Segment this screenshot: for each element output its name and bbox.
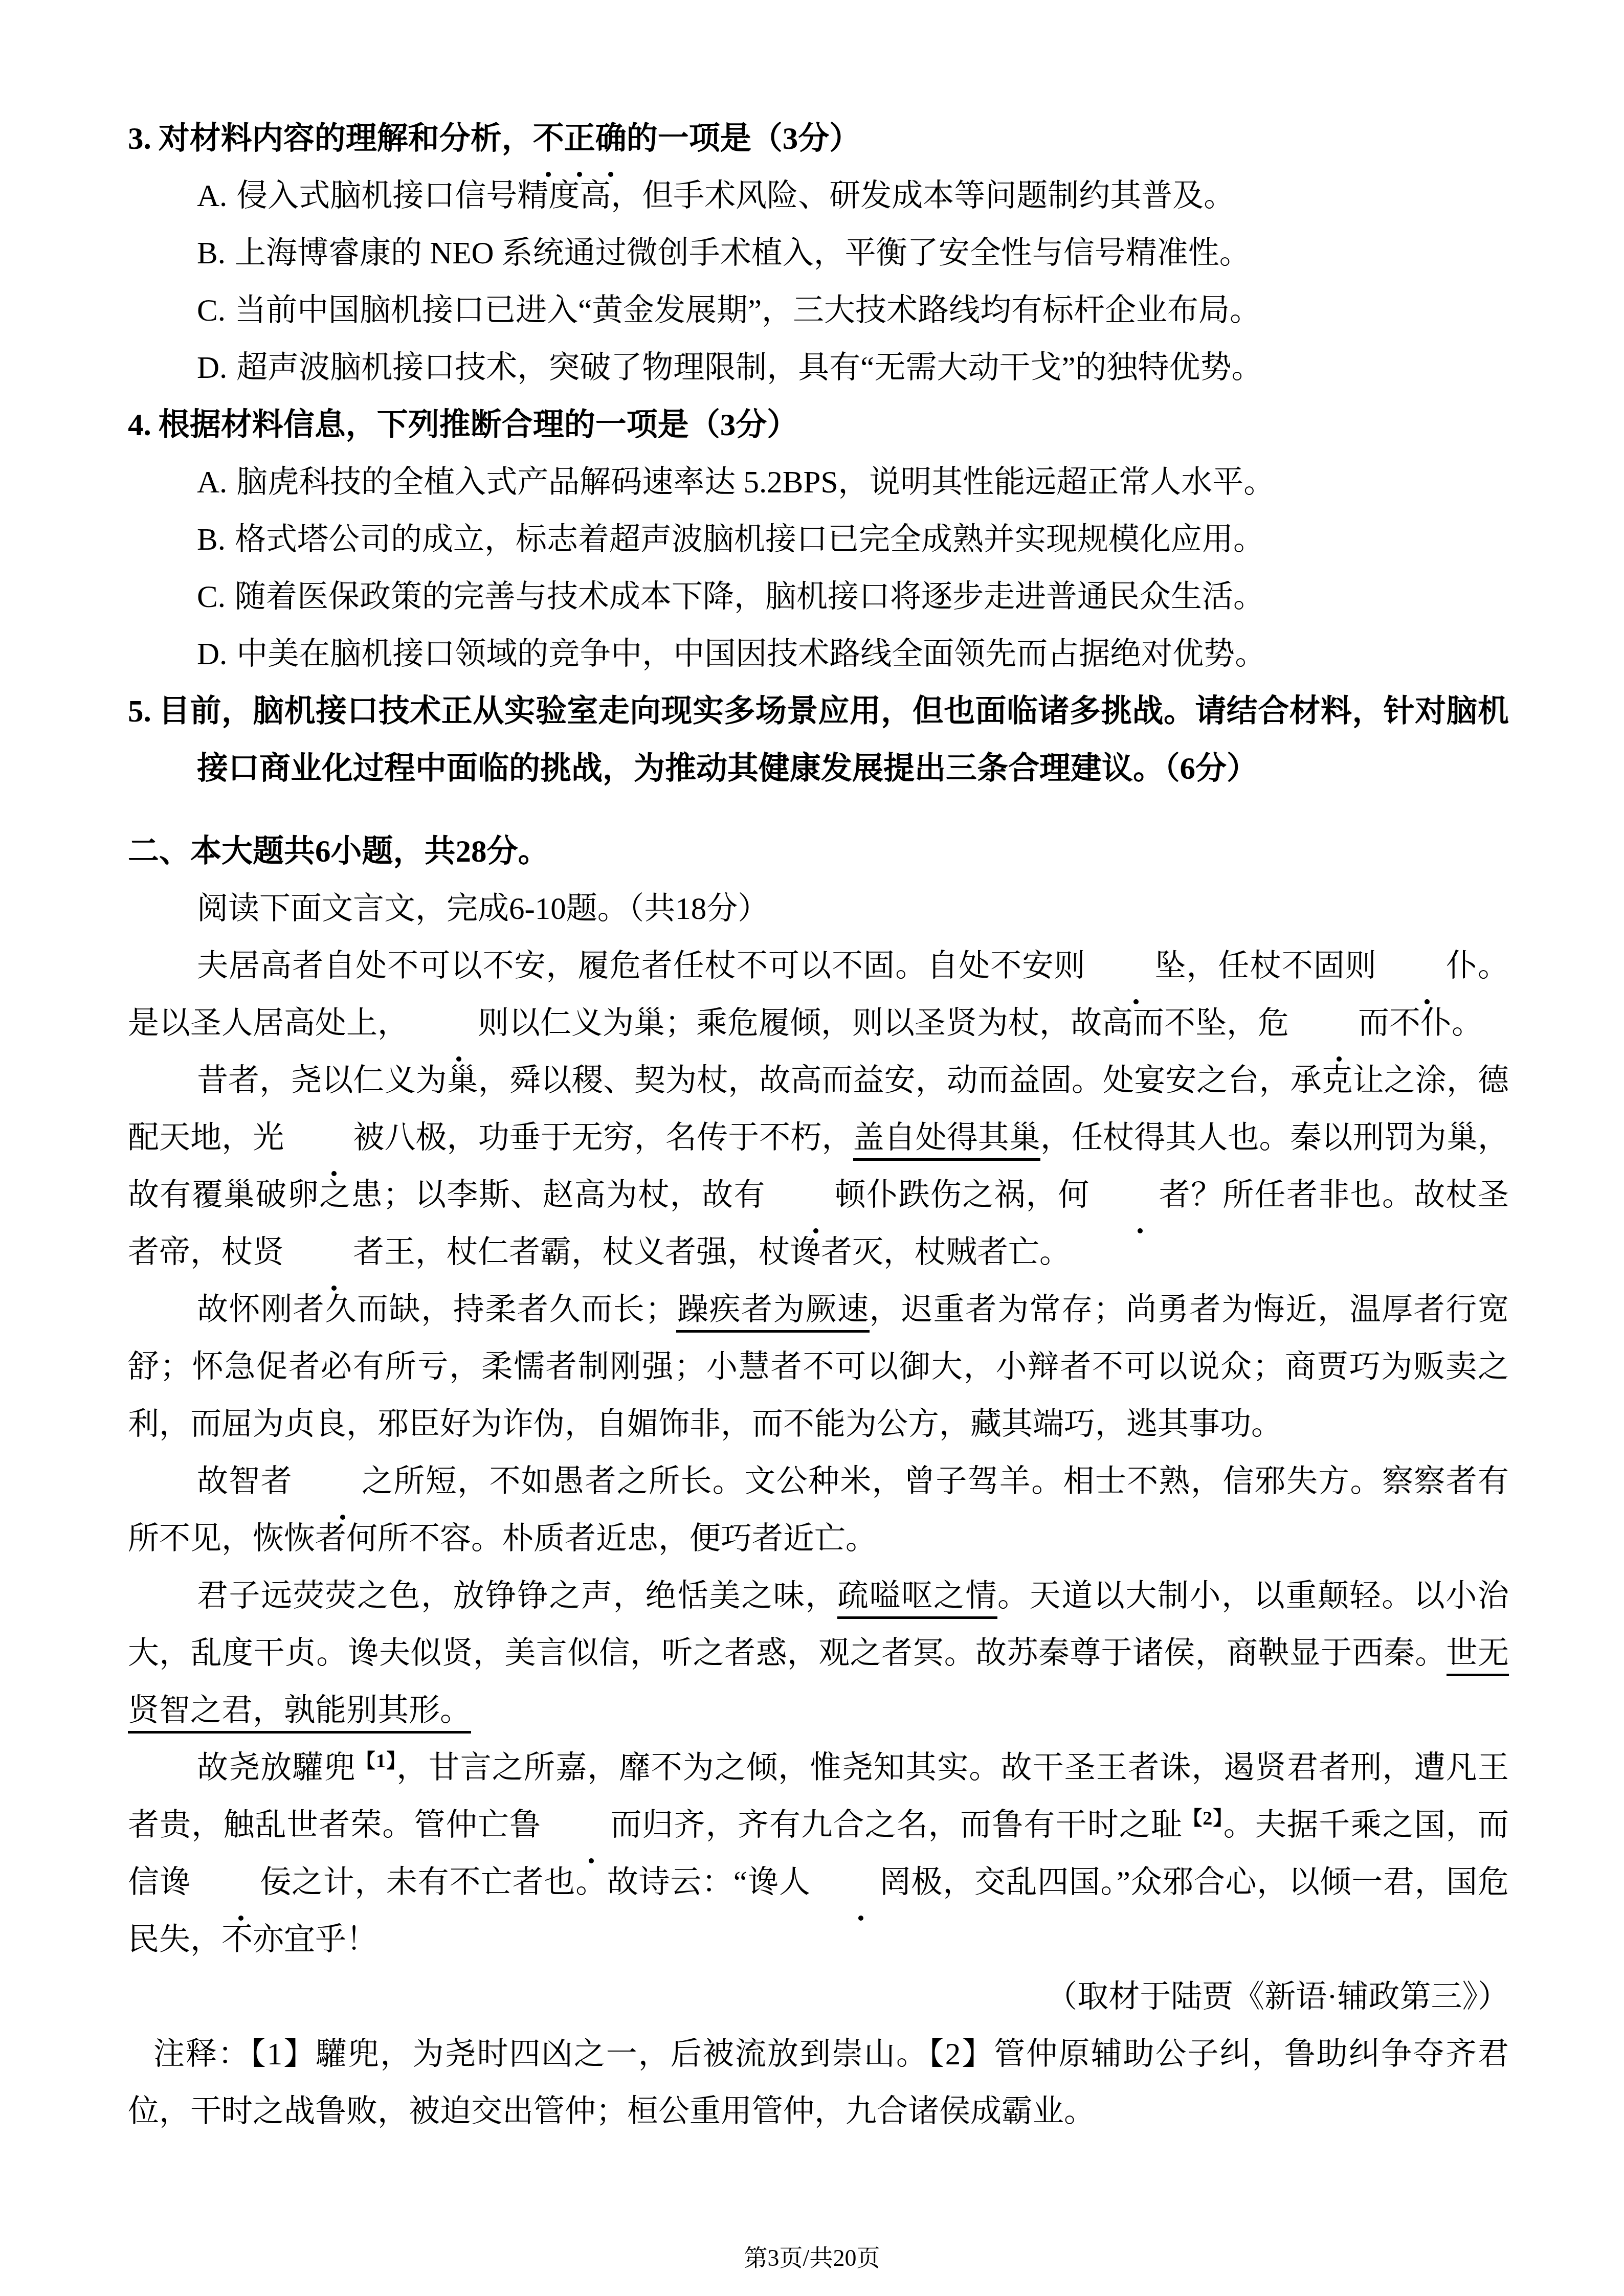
question-number: 3. xyxy=(128,122,151,156)
option-label: D. xyxy=(197,637,227,671)
text-run: 归齐，齐有九合之名，而鲁有干时之耻 xyxy=(641,1808,1183,1842)
emphasis-dot-char: 坠 xyxy=(1086,938,1186,995)
text-run: 以仁义为巢；乘危履倾，则以圣贤为杖，故高而不坠，危 xyxy=(509,1006,1289,1041)
question-number: 4. xyxy=(128,408,151,442)
emphasis-dot-char: 罔 xyxy=(811,1854,911,1911)
option-text: 当前中国脑机接口已进入“黄金发展期”，三大技术路线均有标杆企业布局。 xyxy=(235,294,1261,328)
option-label: B. xyxy=(197,236,226,271)
question-stem-q5: 5.目前，脑机接口技术正从实验室走向现实多场景应用，但也面临诸多挑战。请结合材料… xyxy=(128,683,1509,798)
text-run: 的一项是（3分） xyxy=(627,122,861,156)
emphasized-term: 则 xyxy=(409,1006,509,1041)
option-label: D. xyxy=(197,351,227,385)
passage-intro: 阅读下面文言文，完成6-10题。（共18分） xyxy=(128,881,1509,938)
questions-section: 3.对材料内容的理解和分析，不正确的一项是（3分）A.侵入式脑机接口信号精度高，… xyxy=(128,110,1509,798)
option-label: B. xyxy=(197,523,226,557)
passage-paragraph-2: 昔者，尧以仁义为巢，舜以稷、契为杖，故高而益安，动而益固。处宴安之台，承克让之涂… xyxy=(128,1052,1509,1281)
option-label: A. xyxy=(197,179,227,213)
emphasized-term: 而 xyxy=(541,1808,641,1842)
page-number-footer: 第3页/共20页 xyxy=(0,2239,1624,2273)
text-run: 君子远荧荧之色，放铮铮之声，绝恬美之味， xyxy=(197,1579,837,1613)
text-run: 根据材料信息，下列推断合理的一项是（3分） xyxy=(159,408,798,442)
exam-page: 3.对材料内容的理解和分析，不正确的一项是（3分）A.侵入式脑机接口信号精度高，… xyxy=(0,0,1624,2296)
option-label: C. xyxy=(197,294,226,328)
option-label: A. xyxy=(197,465,227,500)
text-run: 夫居高者自处不可以不安，履危者任杖不可以不固。自处不安则 xyxy=(197,949,1086,983)
text-run: 王，杖仁者霸，杖义者强，杖谗者灭，杖贼者亡。 xyxy=(384,1235,1071,1270)
emphasized-term: 坠 xyxy=(1086,949,1186,983)
emphasis-dot-char: 仆 xyxy=(1377,938,1477,995)
emphasis-dot-char: 佞 xyxy=(191,1854,291,1911)
question-block-q3: 3.对材料内容的理解和分析，不正确的一项是（3分）A.侵入式脑机接口信号精度高，… xyxy=(128,110,1509,397)
text-run: 八极，功垂于无穷，名传于不朽， xyxy=(384,1121,853,1155)
footnote-ref: 【1】 xyxy=(356,1750,397,1772)
section-two-header: 二、本大题共6小题，共28分。 xyxy=(128,823,1509,881)
emphasis-dot-char: 不 xyxy=(533,110,564,168)
option-row-q4-C: C.随着医保政策的完善与技术成本下降，脑机接口将逐步走进普通民众生活。 xyxy=(128,569,1509,626)
option-text: 随着医保政策的完善与技术成本下降，脑机接口将逐步走进普通民众生活。 xyxy=(235,580,1264,614)
passage-attribution: （取材于陆贾《新语·辅政第三》） xyxy=(128,1969,1509,2026)
question-stem-q4: 4.根据材料信息，下列推断合理的一项是（3分） xyxy=(128,397,1509,454)
emphasis-dot-char: 正 xyxy=(564,110,595,168)
text-run: 故智者 xyxy=(197,1465,293,1499)
emphasis-dot-char: 之 xyxy=(293,1453,393,1511)
option-text: 脑虎科技的全植入式产品解码速率达 5.2BPS，说明其性能远超正常人水平。 xyxy=(236,465,1275,500)
question-number: 5. xyxy=(128,694,151,729)
text-run: ，任杖不固则 xyxy=(1186,949,1377,983)
text-run: 目前，脑机接口技术正从实验室走向现实多场景应用，但也面临诸多挑战。请结合材料，针… xyxy=(159,694,1509,786)
passage-paragraph-6: 故尧放驩兜【1】，甘言之所嘉，靡不为之倾，惟尧知其实。故干圣王者诛，遏贤君者刑，… xyxy=(128,1740,1509,1969)
text-run: 对材料内容的理解和分析， xyxy=(159,122,533,156)
text-run: 不仆。 xyxy=(1389,1006,1483,1041)
text-run: 仆跌伤之祸，何 xyxy=(866,1178,1090,1212)
classical-passage: 夫居高者自处不可以不安，履危者任杖不可以不固。自处不安则坠，任杖不固则仆。是以圣… xyxy=(128,938,1509,1969)
option-row-q4-B: B.格式塔公司的成立，标志着超声波脑机接口已完全成熟并实现规模化应用。 xyxy=(128,511,1509,569)
emphasis-dot-char: 而 xyxy=(541,1797,641,1854)
emphasis-dot-char: 而 xyxy=(1289,995,1389,1052)
question-stem-q3: 3.对材料内容的理解和分析，不正确的一项是（3分） xyxy=(128,110,1509,168)
emphasis-dot-char: 则 xyxy=(409,995,509,1052)
question-block-q5: 5.目前，脑机接口技术正从实验室走向现实多场景应用，但也面临诸多挑战。请结合材料… xyxy=(128,683,1509,798)
emphasis-dot-char: 者 xyxy=(284,1224,384,1281)
passage-footnotes: 注释：【1】驩兜，为尧时四凶之一，后被流放到崇山。【2】管仲原辅助公子纠，鲁助纠… xyxy=(128,2026,1509,2141)
page-content: 3.对材料内容的理解和分析，不正确的一项是（3分）A.侵入式脑机接口信号精度高，… xyxy=(128,110,1509,2141)
option-row-q4-A: A.脑虎科技的全植入式产品解码速率达 5.2BPS，说明其性能远超正常人水平。 xyxy=(128,454,1509,511)
emphasized-term: 而 xyxy=(1289,1006,1389,1041)
option-row-q4-D: D.中美在脑机接口领域的竞争中，中国因技术路线全面领先而占据绝对优势。 xyxy=(128,626,1509,683)
option-label: C. xyxy=(197,580,226,614)
emphasized-term: 者 xyxy=(284,1235,384,1270)
emphasized-term: 罔 xyxy=(811,1865,911,1900)
text-run: 故怀刚者久而缺，持柔者久而长； xyxy=(197,1293,676,1327)
option-text: 上海博睿康的 NEO 系统通过微创手术植入，平衡了安全性与信号精准性。 xyxy=(235,236,1251,271)
option-text: 中美在脑机接口领域的竞争中，中国因技术路线全面领先而占据绝对优势。 xyxy=(236,637,1266,671)
emphasized-term: 不正确 xyxy=(533,122,627,156)
option-row-q3-C: C.当前中国脑机接口已进入“黄金发展期”，三大技术路线均有标杆企业布局。 xyxy=(128,282,1509,340)
underlined-phrase: 盖自处得其巢 xyxy=(853,1121,1040,1161)
emphasis-dot-char: 顿 xyxy=(766,1167,866,1224)
option-row-q3-A: A.侵入式脑机接口信号精度高，但手术风险、研发成本等问题制约其普及。 xyxy=(128,168,1509,225)
emphasized-term: 顿 xyxy=(766,1178,866,1212)
passage-paragraph-4: 故智者之所短，不如愚者之所长。文公种米，曾子驾羊。相士不熟，信邪失方。察察者有所… xyxy=(128,1453,1509,1568)
emphasized-term: 被 xyxy=(284,1121,384,1155)
footnote-ref: 【2】 xyxy=(1183,1808,1223,1829)
emphasized-term: 者 xyxy=(1090,1178,1190,1212)
option-row-q3-B: B.上海博睿康的 NEO 系统通过微创手术植入，平衡了安全性与信号精准性。 xyxy=(128,225,1509,282)
option-text: 格式塔公司的成立，标志着超声波脑机接口已完全成熟并实现规模化应用。 xyxy=(235,523,1264,557)
question-block-q4: 4.根据材料信息，下列推断合理的一项是（3分）A.脑虎科技的全植入式产品解码速率… xyxy=(128,397,1509,683)
emphasis-dot-char: 者 xyxy=(1090,1167,1190,1224)
emphasized-term: 之 xyxy=(293,1465,393,1499)
emphasis-dot-char: 被 xyxy=(284,1110,384,1167)
passage-paragraph-1: 夫居高者自处不可以不安，履危者任杖不可以不固。自处不安则坠，任杖不固则仆。是以圣… xyxy=(128,938,1509,1052)
passage-paragraph-5: 君子远荧荧之色，放铮铮之声，绝恬美之味，疏嗌呕之情。天道以大制小，以重颠轻。以小… xyxy=(128,1568,1509,1740)
emphasized-term: 佞 xyxy=(191,1865,291,1900)
underlined-phrase: 疏嗌呕之情 xyxy=(837,1579,997,1619)
text-run: 故尧放驩兜 xyxy=(197,1751,356,1785)
option-text: 侵入式脑机接口信号精度高，但手术风险、研发成本等问题制约其普及。 xyxy=(236,179,1235,213)
option-row-q3-D: D.超声波脑机接口技术，突破了物理限制，具有“无需大动干戈”的独特优势。 xyxy=(128,340,1509,397)
emphasized-term: 仆 xyxy=(1377,949,1477,983)
passage-paragraph-3: 故怀刚者久而缺，持柔者久而长；躁疾者为厥速，迟重者为常存；尚勇者为悔近，温厚者行… xyxy=(128,1281,1509,1453)
text-run: 之计，未有不亡者也。故诗云：“谗人 xyxy=(291,1865,810,1900)
underlined-phrase: 躁疾者为厥速 xyxy=(676,1293,869,1333)
emphasis-dot-char: 确 xyxy=(595,110,627,168)
option-text: 超声波脑机接口技术，突破了物理限制，具有“无需大动干戈”的独特优势。 xyxy=(236,351,1262,385)
